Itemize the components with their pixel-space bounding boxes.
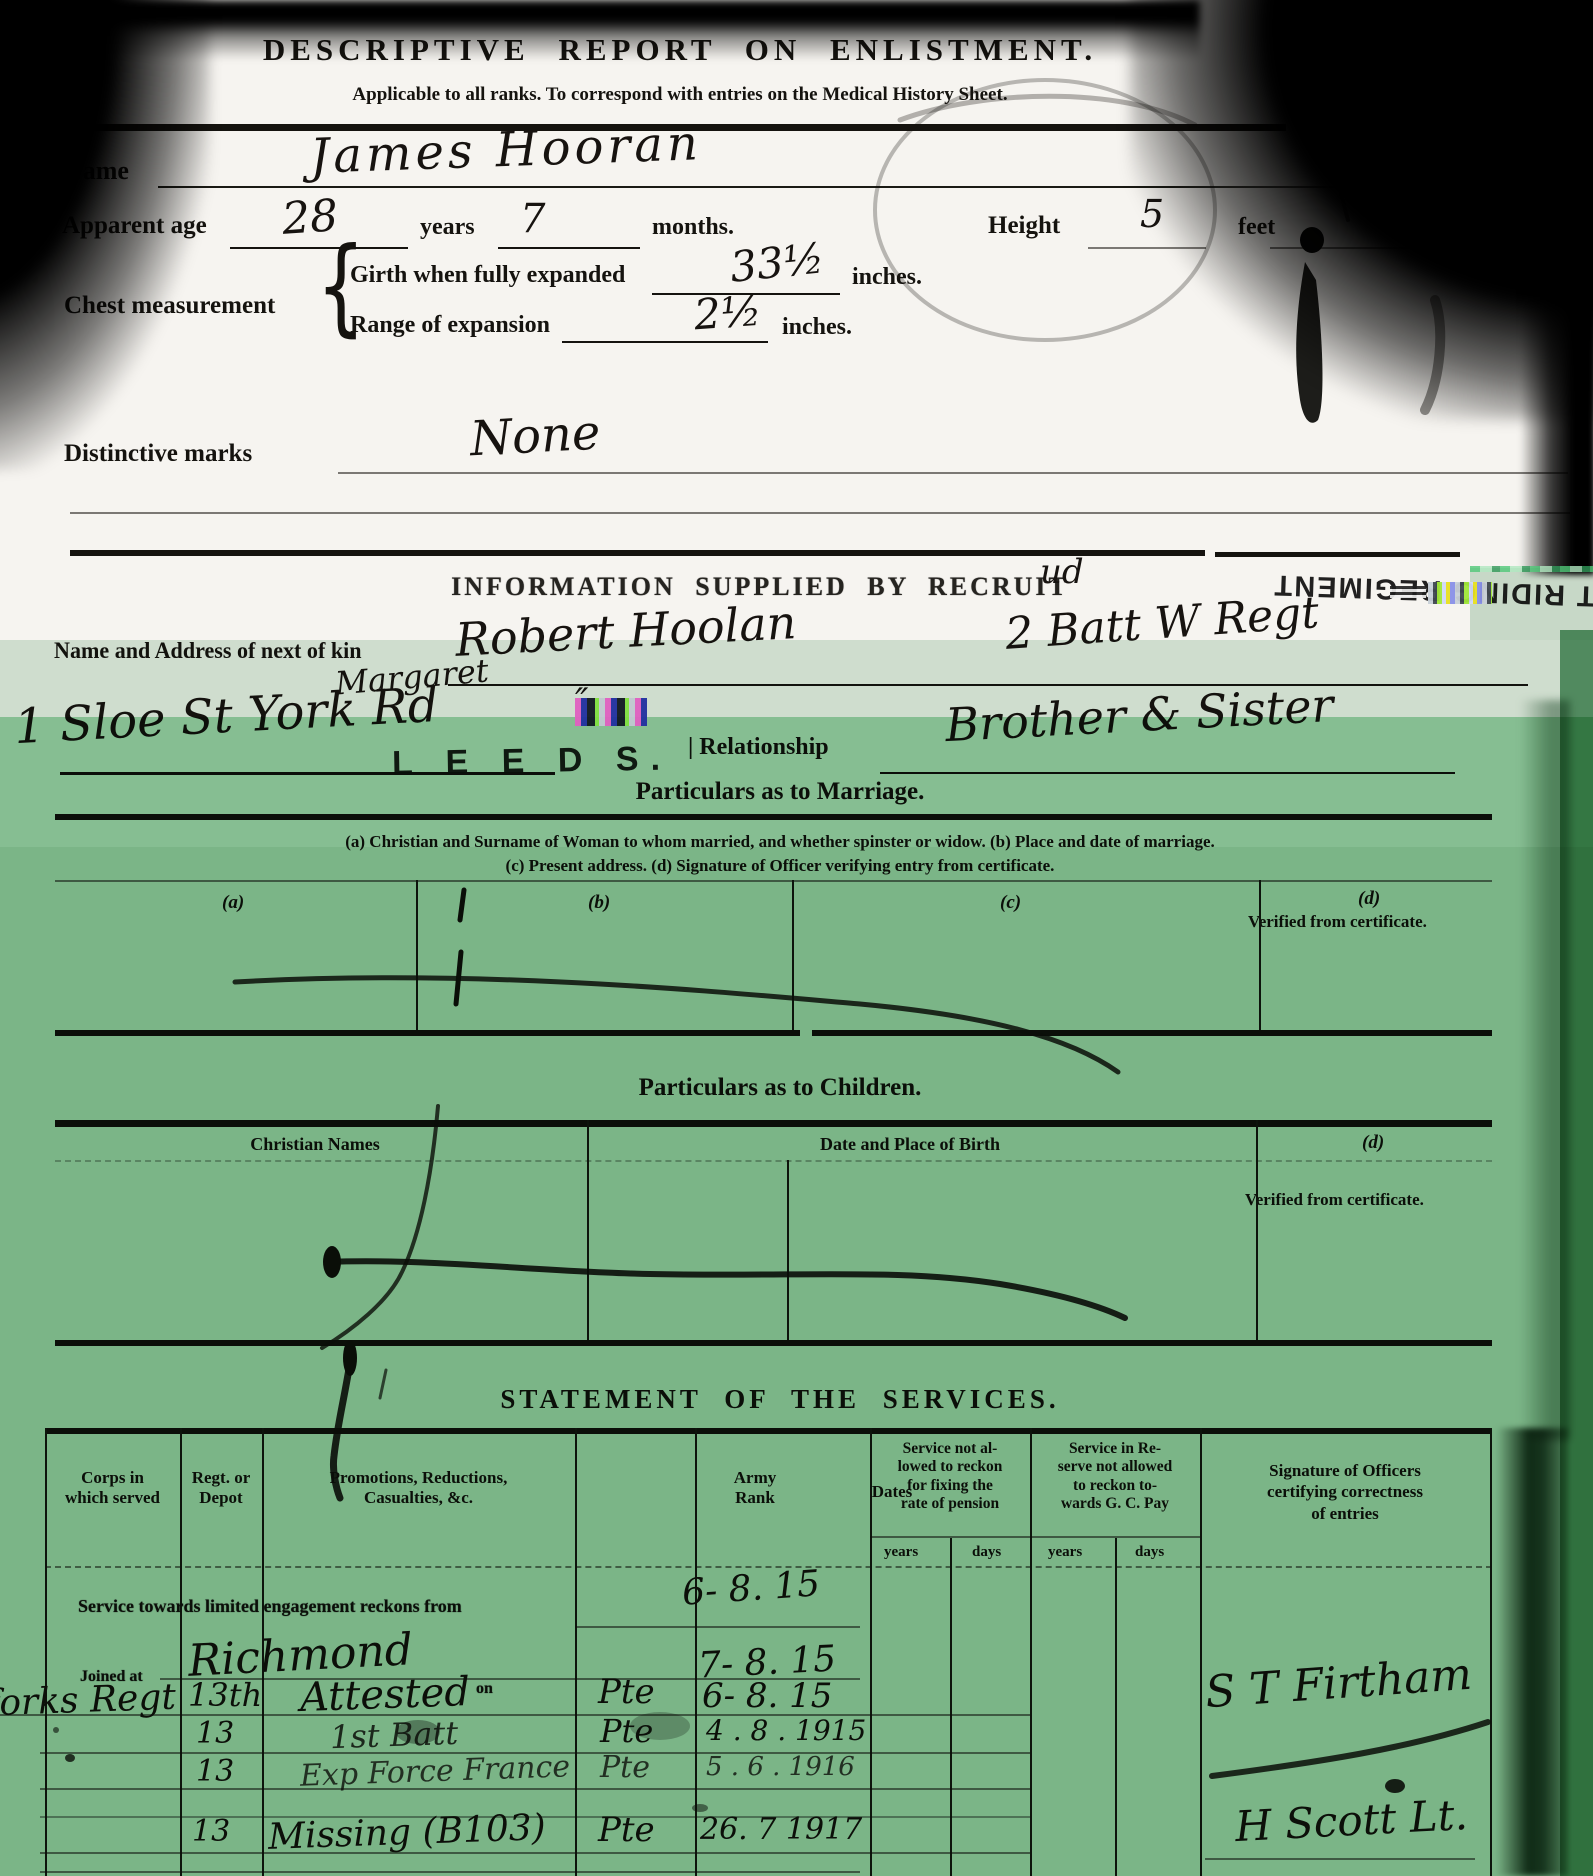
divider-thin [70, 512, 1570, 514]
marriage-vline-3 [1259, 880, 1261, 1035]
stamp-handwritten-note: ud [1040, 552, 1084, 592]
services-on-label: on [476, 1680, 493, 1698]
services-sub-years1: years [884, 1544, 918, 1561]
services-vline-pension-sub [950, 1538, 952, 1876]
children-vline-1 [587, 1120, 589, 1342]
services-row4-signature: H Scott Lt. [1234, 1790, 1469, 1851]
services-row1-line [0, 1714, 1030, 1716]
services-row3-rank: Pte [600, 1750, 650, 1785]
height-feet-underline [1088, 247, 1206, 249]
ditto-mark: ″ [575, 682, 588, 723]
marks-underline [338, 472, 1568, 474]
marriage-bottom-rule-left [55, 1030, 800, 1036]
services-row3-date: 5 . 6 . 1916 [706, 1752, 855, 1782]
marriage-top-rule [55, 814, 1492, 820]
services-row4-date: 26. 7 1917 [700, 1812, 862, 1847]
services-row3-depot: 13 [196, 1754, 234, 1789]
services-row4-rank: Pte [598, 1810, 655, 1850]
services-row1-signature: S T Firtham [1204, 1649, 1474, 1719]
marriage-col-b: (b) [588, 892, 610, 914]
children-bottom-rule [55, 1340, 1492, 1346]
children-verified: Verified from certificate. [1245, 1190, 1424, 1210]
children-title: Particulars as to Children. [260, 1074, 1300, 1102]
relationship-underline [880, 772, 1455, 774]
divider-heavy-right [1215, 552, 1460, 557]
marriage-bottom-rule-right [812, 1030, 1492, 1036]
height-label: Height [988, 212, 1060, 240]
marriage-verified: Verified from certificate. [1248, 912, 1427, 932]
services-row4-depot: 13 [192, 1814, 230, 1849]
kin-address-value: 1 Sloe St York Rd [13, 677, 440, 755]
children-col-birth: Date and Place of Birth [600, 1134, 1220, 1155]
marriage-note2: (c) Present address. (d) Signature of Of… [80, 856, 1480, 876]
green-right-strip [1560, 630, 1593, 1876]
gutter-shadow-upper [1520, 700, 1570, 1440]
months-label: months. [652, 214, 734, 241]
children-head-rule [55, 1160, 1492, 1162]
marriage-col-a: (a) [222, 892, 244, 914]
marriage-head-rule [55, 880, 1492, 882]
children-col-d: (d) [1362, 1132, 1384, 1154]
services-bottom-line [40, 1871, 860, 1873]
inches-label: inches. [1462, 214, 1532, 241]
services-col-promotions: Promotions, Reductions, Casualties, &c. [264, 1468, 573, 1509]
girth-units: inches. [852, 264, 922, 291]
services-row4-line [40, 1852, 1030, 1854]
services-row4-event: Missing (B103) [267, 1807, 546, 1858]
marriage-col-c: (c) [1000, 892, 1021, 914]
services-subhead-rule [870, 1536, 1200, 1538]
services-row0-value: 6- 8. 15 [681, 1563, 822, 1614]
chest-label: Chest measurement [64, 292, 275, 320]
children-top-rule [55, 1120, 1492, 1127]
name-underline [158, 186, 1458, 188]
services-col-reserve: Service in Re- serve not allowed to reck… [1032, 1440, 1198, 1513]
marriage-vline-1 [416, 880, 418, 1035]
kin-name-value: Robert Hoolan [454, 595, 798, 667]
girth-value: 33½ [728, 233, 827, 292]
relationship-label: | Relationship [688, 734, 829, 761]
marriage-vline-2 [792, 880, 794, 1035]
children-vline-3 [1256, 1120, 1258, 1342]
apparent-age-label: Apparent age [62, 212, 207, 240]
services-col-pension: Service not al- lowed to reckon for fixi… [872, 1440, 1028, 1513]
services-col-corps: Corps in which served [47, 1468, 178, 1509]
marks-value: None [469, 405, 602, 468]
services-row1-depot: 13th [188, 1676, 262, 1714]
scanned-enlistment-form: DESCRIPTIVE REPORT ON ENLISTMENT. Applic… [0, 0, 1593, 1876]
children-vline-2 [787, 1160, 789, 1342]
girth-label: Girth when fully expanded [350, 262, 625, 289]
services-sub-days2: days [1135, 1544, 1164, 1561]
height-feet-value: 5 [1140, 192, 1164, 236]
services-sub-days1: days [972, 1544, 1001, 1561]
marriage-col-d: (d) [1358, 888, 1380, 910]
expansion-value: 2½ [692, 286, 763, 340]
divider-heavy-left [70, 550, 1205, 556]
leeds-stamp: L E E D S. [392, 740, 673, 784]
services-col-signature: Signature of Officers certifying correct… [1202, 1460, 1488, 1524]
services-col-depot: Regt. or Depot [182, 1468, 260, 1509]
gutter-shadow [1496, 1428, 1568, 1876]
age-months-underline [498, 247, 640, 249]
services-signature-line [1205, 1858, 1475, 1860]
services-row2-event: 1st Batt [329, 1714, 458, 1756]
services-vline-3 [575, 1428, 577, 1876]
marriage-title: Particulars as to Marriage. [260, 778, 1300, 806]
feet-label: feet [1238, 214, 1275, 241]
kin-label: Name and Address of next of kin [54, 638, 362, 664]
expansion-label: Range of expansion [350, 312, 550, 339]
services-row1-rank: Pte [598, 1672, 655, 1712]
services-row1-date: 6- 8. 15 [702, 1676, 832, 1716]
services-row1-corps: forks Regt [0, 1677, 177, 1725]
years-label: years [420, 214, 475, 241]
expansion-underline [562, 341, 768, 343]
services-row2-rank: Pte [600, 1712, 653, 1750]
services-row0-label: Service towards limited engagement recko… [78, 1596, 462, 1617]
relationship-value: Brother & Sister [944, 678, 1335, 752]
services-row2-depot: 13 [196, 1716, 234, 1751]
children-col-names: Christian Names [90, 1134, 540, 1155]
services-title: STATEMENT OF THE SERVICES. [240, 1384, 1320, 1415]
page-title: DESCRIPTIVE REPORT ON ENLISTMENT. [40, 32, 1320, 68]
services-vline-reserve-sub [1115, 1538, 1117, 1876]
expansion-units: inches. [782, 314, 852, 341]
kin-underline1 [448, 684, 1528, 686]
scan-edge-right [1520, 0, 1593, 575]
height-inches-underline [1270, 247, 1440, 249]
name-label: Name [64, 156, 129, 186]
services-row2-date: 4 . 8 . 1915 [706, 1714, 866, 1747]
services-sub-years2: years [1048, 1544, 1082, 1561]
age-months-value: 7 [520, 196, 545, 242]
marriage-note1: (a) Christian and Surname of Woman to wh… [80, 832, 1480, 852]
services-row3-line [40, 1788, 1030, 1790]
services-vline-right [1490, 1428, 1492, 1876]
services-row0-underline [575, 1626, 860, 1628]
page-subtitle: Applicable to all ranks. To correspond w… [140, 84, 1220, 106]
marks-label: Distinctive marks [64, 440, 252, 468]
glitch-scanline [1470, 566, 1593, 572]
